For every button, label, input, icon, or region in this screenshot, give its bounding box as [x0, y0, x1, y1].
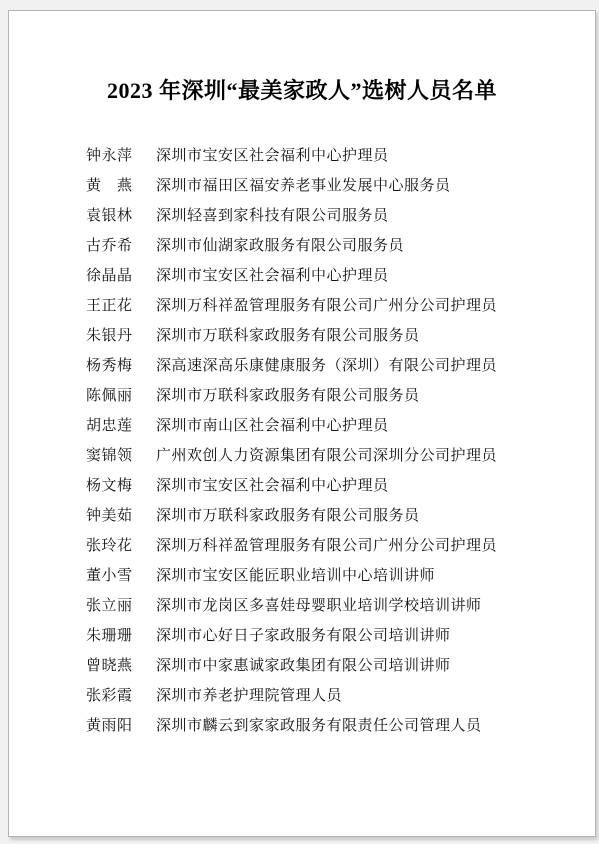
- honoree-name: 胡忠莲: [86, 414, 156, 435]
- honoree-affiliation: 深圳市龙岗区多喜娃母婴职业培训学校培训讲师: [156, 594, 575, 615]
- list-item: 王正花 深圳万科祥盈管理服务有限公司广州分公司护理员: [86, 289, 575, 319]
- list-item: 胡忠莲 深圳市南山区社会福利中心护理员: [86, 409, 575, 439]
- list-item: 黄雨阳 深圳市麟云到家家政服务有限责任公司管理人员: [86, 709, 575, 739]
- list-item: 黄 燕 深圳市福田区福安养老事业发展中心服务员: [86, 169, 575, 199]
- honoree-name: 窦锦领: [86, 444, 156, 465]
- honoree-name: 杨秀梅: [86, 354, 156, 375]
- honoree-affiliation: 深圳市宝安区社会福利中心护理员: [156, 144, 575, 165]
- honoree-affiliation: 深圳市养老护理院管理人员: [156, 684, 575, 705]
- page-title: 2023 年深圳“最美家政人”选树人员名单: [9, 80, 595, 102]
- list-item: 张彩霞 深圳市养老护理院管理人员: [86, 679, 575, 709]
- honoree-affiliation: 深圳市宝安区社会福利中心护理员: [156, 264, 575, 285]
- honoree-name: 朱珊珊: [86, 624, 156, 645]
- honoree-name: 古乔希: [86, 234, 156, 255]
- honoree-name: 徐晶晶: [86, 264, 156, 285]
- honoree-affiliation: 深圳万科祥盈管理服务有限公司广州分公司护理员: [156, 534, 575, 555]
- honoree-affiliation: 深圳市中家惠诚家政集团有限公司培训讲师: [156, 654, 575, 675]
- honoree-affiliation: 深圳万科祥盈管理服务有限公司广州分公司护理员: [156, 294, 575, 315]
- honoree-name: 曾晓燕: [86, 654, 156, 675]
- honoree-name: 朱银丹: [86, 324, 156, 345]
- honoree-affiliation: 广州欢创人力资源集团有限公司深圳分公司护理员: [156, 444, 575, 465]
- list-item: 朱珊珊 深圳市心好日子家政服务有限公司培训讲师: [86, 619, 575, 649]
- honoree-affiliation: 深圳市万联科家政服务有限公司服务员: [156, 384, 575, 405]
- list-item: 张立丽 深圳市龙岗区多喜娃母婴职业培训学校培训讲师: [86, 589, 575, 619]
- list-item: 古乔希 深圳市仙湖家政服务有限公司服务员: [86, 229, 575, 259]
- honoree-affiliation: 深圳市福田区福安养老事业发展中心服务员: [156, 174, 575, 195]
- honoree-affiliation: 深高速深高乐康健康服务（深圳）有限公司护理员: [156, 354, 575, 375]
- honoree-affiliation: 深圳市仙湖家政服务有限公司服务员: [156, 234, 575, 255]
- honoree-affiliation: 深圳市麟云到家家政服务有限责任公司管理人员: [156, 714, 575, 735]
- honoree-affiliation: 深圳轻喜到家科技有限公司服务员: [156, 204, 575, 225]
- honoree-name: 张玲花: [86, 534, 156, 555]
- list-item: 袁银林 深圳轻喜到家科技有限公司服务员: [86, 199, 575, 229]
- list-item: 董小雪 深圳市宝安区能匠职业培训中心培训讲师: [86, 559, 575, 589]
- list-item: 曾晓燕 深圳市中家惠诚家政集团有限公司培训讲师: [86, 649, 575, 679]
- honoree-name: 袁银林: [86, 204, 156, 225]
- honoree-name: 黄 燕: [86, 174, 156, 195]
- honoree-list: 钟永萍 深圳市宝安区社会福利中心护理员 黄 燕 深圳市福田区福安养老事业发展中心…: [9, 139, 595, 739]
- honoree-name: 王正花: [86, 294, 156, 315]
- honoree-name: 张彩霞: [86, 684, 156, 705]
- list-item: 陈佩丽 深圳市万联科家政服务有限公司服务员: [86, 379, 575, 409]
- list-item: 徐晶晶 深圳市宝安区社会福利中心护理员: [86, 259, 575, 289]
- honoree-name: 杨文梅: [86, 474, 156, 495]
- honoree-name: 黄雨阳: [86, 714, 156, 735]
- honoree-name: 董小雪: [86, 564, 156, 585]
- list-item: 杨秀梅 深高速深高乐康健康服务（深圳）有限公司护理员: [86, 349, 575, 379]
- honoree-name: 张立丽: [86, 594, 156, 615]
- list-item: 钟永萍 深圳市宝安区社会福利中心护理员: [86, 139, 575, 169]
- honoree-affiliation: 深圳市宝安区能匠职业培训中心培训讲师: [156, 564, 575, 585]
- list-item: 杨文梅 深圳市宝安区社会福利中心护理员: [86, 469, 575, 499]
- honoree-name: 钟永萍: [86, 144, 156, 165]
- honoree-affiliation: 深圳市南山区社会福利中心护理员: [156, 414, 575, 435]
- list-item: 朱银丹 深圳市万联科家政服务有限公司服务员: [86, 319, 575, 349]
- list-item: 窦锦领 广州欢创人力资源集团有限公司深圳分公司护理员: [86, 439, 575, 469]
- honoree-name: 陈佩丽: [86, 384, 156, 405]
- honoree-affiliation: 深圳市宝安区社会福利中心护理员: [156, 474, 575, 495]
- list-item: 张玲花 深圳万科祥盈管理服务有限公司广州分公司护理员: [86, 529, 575, 559]
- honoree-affiliation: 深圳市心好日子家政服务有限公司培训讲师: [156, 624, 575, 645]
- honoree-name: 钟美茹: [86, 504, 156, 525]
- honoree-affiliation: 深圳市万联科家政服务有限公司服务员: [156, 504, 575, 525]
- list-item: 钟美茹 深圳市万联科家政服务有限公司服务员: [86, 499, 575, 529]
- honoree-affiliation: 深圳市万联科家政服务有限公司服务员: [156, 324, 575, 345]
- document-page: 2023 年深圳“最美家政人”选树人员名单 钟永萍 深圳市宝安区社会福利中心护理…: [8, 10, 596, 837]
